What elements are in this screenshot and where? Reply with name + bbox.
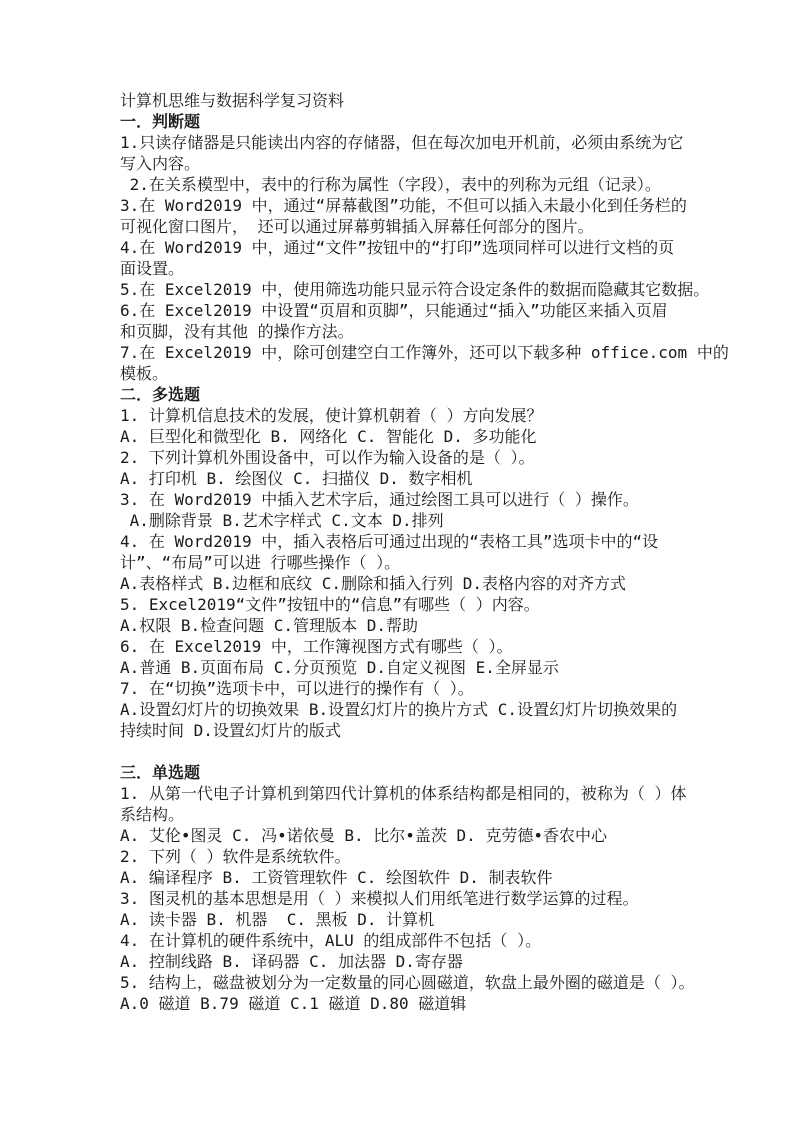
- doc-line: A. 编译程序 B. 工资管理软件 C. 绘图软件 D. 制表软件: [120, 867, 720, 888]
- doc-line: A.权限 B.检查问题 C.管理版本 D.帮助: [120, 615, 720, 636]
- doc-line: A.普通 B.页面布局 C.分页预览 D.自定义视图 E.全屏显示: [120, 657, 720, 678]
- doc-line: 可视化窗口图片， 还可以通过屏幕剪辑插入屏幕任何部分的图片。: [120, 216, 720, 237]
- doc-line: 4. 在计算机的硬件系统中，ALU 的组成部件不包括（ ）。: [120, 930, 720, 951]
- doc-line: 7.在 Excel2019 中，除可创建空白工作簿外，还可以下载多种 offic…: [120, 342, 720, 363]
- doc-line: 1.只读存储器是只能读出内容的存储器，但在每次加电开机前，必须由系统为它: [120, 132, 720, 153]
- doc-line: A.设置幻灯片的切换效果 B.设置幻灯片的换片方式 C.设置幻灯片切换效果的: [120, 699, 720, 720]
- doc-line: 2.在关系模型中，表中的行称为属性（字段），表中的列称为元组（记录）。: [120, 174, 720, 195]
- doc-line: 持续时间 D.设置幻灯片的版式: [120, 720, 720, 741]
- doc-line: 系结构。: [120, 804, 720, 825]
- section-heading-3: 三．单选题: [120, 762, 720, 783]
- doc-line: 计”、“布局”可以进 行哪些操作（ ）。: [120, 552, 720, 573]
- doc-line: 4. 在 Word2019 中，插入表格后可通过出现的“表格工具”选项卡中的“设: [120, 531, 720, 552]
- doc-line: A. 巨型化和微型化 B. 网络化 C. 智能化 D. 多功能化: [120, 426, 720, 447]
- doc-line: 3. 图灵机的基本思想是用（ ）来模拟人们用纸笔进行数学运算的过程。: [120, 888, 720, 909]
- doc-line: 4.在 Word2019 中，通过“文件”按钮中的“打印”选项同样可以进行文档的…: [120, 237, 720, 258]
- doc-line: 3.在 Word2019 中，通过“屏幕截图”功能，不但可以插入未最小化到任务栏…: [120, 195, 720, 216]
- doc-line: 6. 在 Excel2019 中，工作簿视图方式有哪些（ ）。: [120, 636, 720, 657]
- doc-line: 和页脚，没有其他 的操作方法。: [120, 321, 720, 342]
- doc-line: 1. 计算机信息技术的发展，使计算机朝着（ ）方向发展？: [120, 405, 720, 426]
- doc-line: A. 艾伦•图灵 C. 冯•诺依曼 B. 比尔•盖茨 D. 克劳德•香农中心: [120, 825, 720, 846]
- doc-title: 计算机思维与数据科学复习资料: [120, 90, 720, 111]
- doc-line: A.删除背景 B.艺术字样式 C.文本 D.排列: [120, 510, 720, 531]
- doc-line: 5.在 Excel2019 中，使用筛选功能只显示符合设定条件的数据而隐藏其它数…: [120, 279, 720, 300]
- doc-line: 2. 下列计算机外围设备中，可以作为输入设备的是（ ）。: [120, 447, 720, 468]
- doc-line: 1. 从第一代电子计算机到第四代计算机的体系结构都是相同的，被称为（ ）体: [120, 783, 720, 804]
- doc-line: 写入内容。: [120, 153, 720, 174]
- doc-line: 模板。: [120, 363, 720, 384]
- doc-line: A.表格样式 B.边框和底纹 C.删除和插入行列 D.表格内容的对齐方式: [120, 573, 720, 594]
- blank-line: [120, 741, 720, 762]
- doc-line: A. 打印机 B. 绘图仪 C. 扫描仪 D. 数字相机: [120, 468, 720, 489]
- doc-line: 5. 结构上，磁盘被划分为一定数量的同心圆磁道，软盘上最外圈的磁道是（ ）。: [120, 972, 720, 993]
- doc-line: 2. 下列（ ）软件是系统软件。: [120, 846, 720, 867]
- doc-line: 面设置。: [120, 258, 720, 279]
- doc-line: A.0 磁道 B.79 磁道 C.1 磁道 D.80 磁道辑: [120, 993, 720, 1014]
- section-heading-2: 二．多选题: [120, 384, 720, 405]
- doc-line: 5. Excel2019“文件”按钮中的“信息”有哪些（ ）内容。: [120, 594, 720, 615]
- doc-line: 7. 在“切换”选项卡中，可以进行的操作有（ ）。: [120, 678, 720, 699]
- doc-line: A. 读卡器 B. 机器 C. 黑板 D. 计算机: [120, 909, 720, 930]
- doc-body: 一．判断题1.只读存储器是只能读出内容的存储器，但在每次加电开机前，必须由系统为…: [120, 111, 720, 1014]
- doc-line: 3. 在 Word2019 中插入艺术字后，通过绘图工具可以进行（ ）操作。: [120, 489, 720, 510]
- section-heading-1: 一．判断题: [120, 111, 720, 132]
- document-page: 计算机思维与数据科学复习资料 一．判断题1.只读存储器是只能读出内容的存储器，但…: [120, 90, 720, 1014]
- doc-line: 6.在 Excel2019 中设置“页眉和页脚”，只能通过“插入”功能区来插入页…: [120, 300, 720, 321]
- doc-line: A. 控制线路 B. 译码器 C. 加法器 D.寄存器: [120, 951, 720, 972]
